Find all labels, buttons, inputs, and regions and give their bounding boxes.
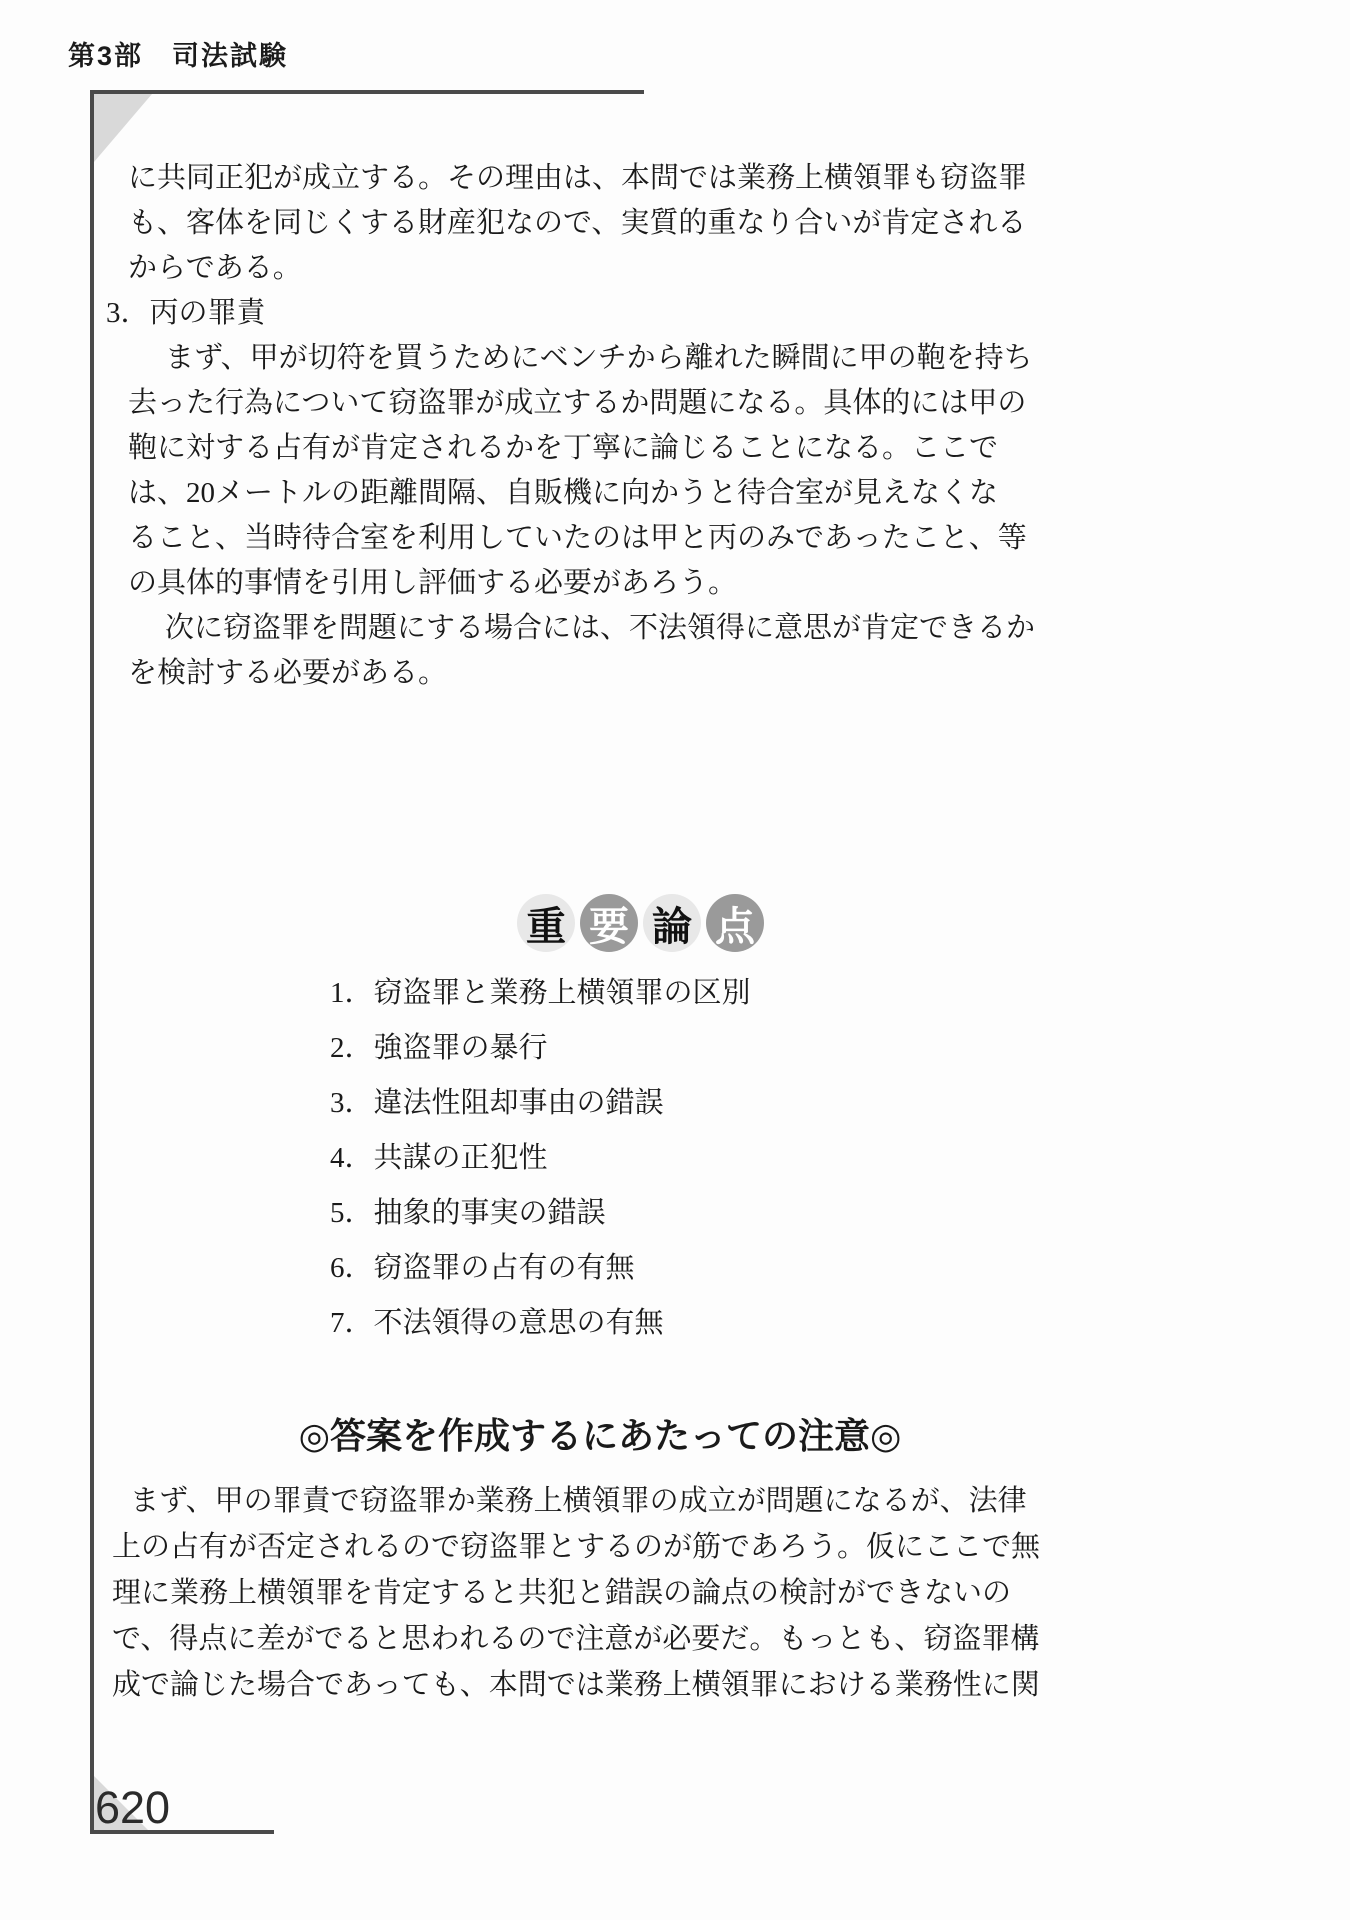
body-text-line: で、得点に差がでると思われるので注意が必要だ。もっとも、窃盗罪構 bbox=[112, 1616, 1040, 1662]
notes-heading: ◎答案を作成するにあたっての注意◎ bbox=[90, 1408, 1110, 1459]
page-number: 620 bbox=[95, 1782, 170, 1834]
body-text-line: 成で論じた場合であっても、本問では業務上横領罪における業務性に関 bbox=[112, 1662, 1040, 1708]
topics-heading-circle-1: 重 bbox=[517, 894, 575, 952]
body-text-line: 上の占有が否定されるので窃盗罪とするのが筋であろう。仮にここで無 bbox=[112, 1524, 1040, 1570]
chapter-header: 第3部 司法試験 bbox=[68, 34, 288, 73]
body-text-line: に共同正犯が成立する。その理由は、本問では業務上横領罪も窃盗罪 bbox=[128, 156, 1027, 201]
section3-paragraph: まず、甲が切符を買うためにベンチから離れた瞬間に甲の鞄を持ち 去った行為について… bbox=[128, 336, 1035, 696]
topic-item: 5．抽象的事実の錯誤 bbox=[330, 1186, 751, 1241]
body-text-line: 鞄に対する占有が肯定されるかを丁寧に論じることになる。ここで bbox=[128, 426, 1035, 471]
header-rule bbox=[90, 90, 644, 94]
body-text-line: は、20メートルの距離間隔、自販機に向かうと待合室が見えなくな bbox=[128, 471, 1035, 516]
topic-item: 2．強盗罪の暴行 bbox=[330, 1021, 751, 1076]
left-border-rule bbox=[90, 90, 94, 1834]
body-text-line: 理に業務上横領罪を肯定すると共犯と錯誤の論点の検討ができないの bbox=[112, 1570, 1040, 1616]
topics-heading-circle-4: 点 bbox=[706, 894, 764, 952]
notes-paragraph: まず、甲の罪責で窃盗罪か業務上横領罪の成立が問題になるが、法律 上の占有が否定さ… bbox=[112, 1478, 1040, 1708]
important-topics-heading: 重 要 論 点 bbox=[517, 894, 764, 952]
topics-heading-circle-3: 論 bbox=[643, 894, 701, 952]
topics-heading-circle-2: 要 bbox=[580, 894, 638, 952]
body-text-line: 次に窃盗罪を問題にする場合には、不法領得に意思が肯定できるか bbox=[128, 606, 1035, 651]
intro-paragraph: に共同正犯が成立する。その理由は、本問では業務上横領罪も窃盗罪 も、客体を同じく… bbox=[128, 156, 1027, 291]
body-text-line: の具体的事情を引用し評価する必要があろう。 bbox=[128, 561, 1035, 606]
important-topics-list: 1．窃盗罪と業務上横領罪の区別 2．強盗罪の暴行 3．違法性阻却事由の錯誤 4．… bbox=[330, 966, 751, 1351]
topic-item: 3．違法性阻却事由の錯誤 bbox=[330, 1076, 751, 1131]
section-heading: 3．丙の罪責 bbox=[106, 291, 266, 336]
body-text-line: まず、甲が切符を買うためにベンチから離れた瞬間に甲の鞄を持ち bbox=[128, 336, 1035, 381]
book-page: 第3部 司法試験 に共同正犯が成立する。その理由は、本問では業務上横領罪も窃盗罪… bbox=[0, 0, 1350, 1920]
body-text-line: ること、当時待合室を利用していたのは甲と丙のみであったこと、等 bbox=[128, 516, 1035, 561]
body-text-line: も、客体を同じくする財産犯なので、実質的重なり合いが肯定される bbox=[128, 201, 1027, 246]
topic-item: 1．窃盗罪と業務上横領罪の区別 bbox=[330, 966, 751, 1021]
topic-item: 4．共謀の正犯性 bbox=[330, 1131, 751, 1186]
corner-triangle-top bbox=[94, 94, 152, 162]
topic-item: 7．不法領得の意思の有無 bbox=[330, 1296, 751, 1351]
topic-item: 6．窃盗罪の占有の有無 bbox=[330, 1241, 751, 1296]
body-text-line: を検討する必要がある。 bbox=[128, 651, 1035, 696]
body-text-line: 去った行為について窃盗罪が成立するか問題になる。具体的には甲の bbox=[128, 381, 1035, 426]
footer-rule bbox=[90, 1830, 274, 1834]
body-text-line: まず、甲の罪責で窃盗罪か業務上横領罪の成立が問題になるが、法律 bbox=[112, 1478, 1040, 1524]
body-text-line: からである。 bbox=[128, 246, 1027, 291]
